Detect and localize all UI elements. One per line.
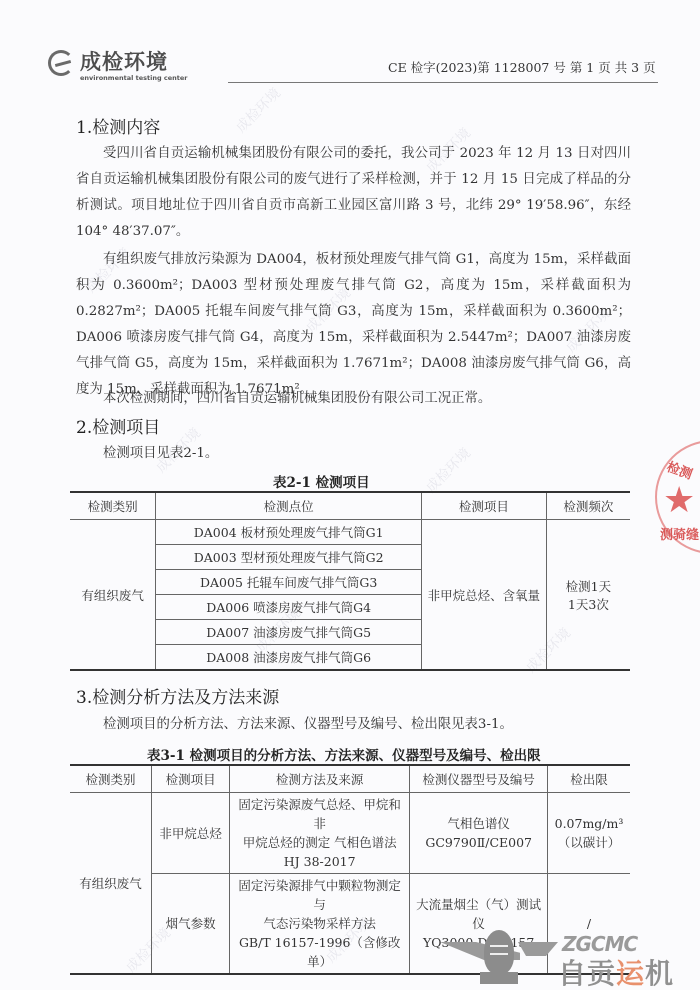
table-cell-method: 固定污染源废气总烃、甲烷和非 甲烷总烃的测定 气相色谱法 HJ 38-2017 — [230, 793, 410, 874]
table-cell-point: DA004 板材预处理废气排气筒G1 — [156, 520, 422, 545]
company-logo: 成检环境 environmental testing center — [48, 46, 188, 86]
watermark: 成检环境 — [231, 83, 285, 137]
paragraph-commission: 受四川省自贡运输机械集团股份有限公司的委托，我公司于 2023 年 12 月 1… — [76, 141, 631, 245]
table-cell-item: 烟气参数 — [152, 874, 230, 975]
table-cell-item: 非甲烷总烃 — [152, 793, 230, 874]
star-icon: ★ — [663, 480, 695, 521]
table-header: 检测点位 — [156, 492, 422, 520]
table-cell-point: DA006 喷漆房废气排气筒G4 — [156, 595, 422, 620]
logo-e-icon — [48, 50, 74, 76]
logo-chinese-name: 成检环境 — [80, 46, 168, 76]
zgcmc-logo: ZGCMC 自贡运机 — [440, 928, 700, 988]
table-cell-category: 有组织废气 — [70, 520, 156, 671]
table-header: 检测类别 — [70, 765, 152, 793]
table-cell-method: 固定污染源排气中颗粒物测定与 气态污染物采样方法 GB/T 16157-1996… — [230, 874, 410, 975]
section-1-sources: 有组织废气排放污染源为 DA004，板材预处理废气排气筒 G1，高度为 15m，… — [76, 247, 631, 403]
table-2-1-caption: 表2-1 检测项目 — [273, 471, 370, 491]
section-2-title: 2.检测项目 — [76, 413, 160, 438]
table-cell-point: DA003 型材预处理废气排气筒G2 — [156, 545, 422, 570]
table-cell-point: DA005 托辊车间废气排气筒G3 — [156, 570, 422, 595]
paragraph-emission-sources: 有组织废气排放污染源为 DA004，板材预处理废气排气筒 G1，高度为 15m，… — [76, 247, 631, 403]
logo-english-name: environmental testing center — [80, 74, 187, 82]
table-cell-items: 非甲烷总烃、含氧量 — [421, 520, 546, 671]
table-header: 检测类别 — [70, 492, 156, 520]
section-3-title: 3.检测分析方法及方法来源 — [76, 683, 279, 708]
paragraph-conditions: 本次检测期间，四川省自贡运输机械集团股份有限公司工况正常。 — [76, 386, 631, 412]
table-cell-instrument: 气相色谱仪 GC9790Ⅱ/CE007 — [410, 793, 548, 874]
table-cell-limit: 0.07mg/m³ （以碳计） — [548, 793, 630, 874]
section-1-body: 受四川省自贡运输机械集团股份有限公司的委托，我公司于 2023 年 12 月 1… — [76, 141, 631, 245]
section-1-title: 1.检测内容 — [76, 113, 160, 138]
table-cell-category: 有组织废气 — [70, 793, 152, 975]
seam-stamp: 检测 ★ 测骑缝 — [655, 440, 700, 560]
table-cell-point: DA008 油漆房废气排气筒G6 — [156, 645, 422, 671]
table-header: 检测方法及来源 — [230, 765, 410, 793]
table-header: 检测项目 — [152, 765, 230, 793]
table-2-1: 检测类别 检测点位 检测项目 检测频次 有组织废气 DA004 板材预处理废气排… — [70, 491, 630, 671]
table-cell-frequency: 检测1天 1天3次 — [546, 520, 630, 671]
section-1-conditions: 本次检测期间，四川省自贡运输机械集团股份有限公司工况正常。 — [76, 386, 631, 412]
logo-robot-icon — [484, 930, 514, 974]
section-2-intro: 检测项目见表2-1。 — [76, 441, 631, 467]
table-header: 检测项目 — [421, 492, 546, 520]
table-header: 检出限 — [548, 765, 630, 793]
table-row: 有组织废气 非甲烷总烃 固定污染源废气总烃、甲烷和非 甲烷总烃的测定 气相色谱法… — [70, 793, 630, 874]
section-3-intro: 检测项目的分析方法、方法来源、仪器型号及编号、检出限见表3-1。 — [76, 712, 631, 738]
table-cell-point: DA007 油漆房废气排气筒G5 — [156, 620, 422, 645]
header-divider — [228, 82, 658, 83]
report-number: CE 检字(2023)第 1128007 号 第 1 页 共 3 页 — [388, 58, 656, 76]
table-3-1-caption: 表3-1 检测项目的分析方法、方法来源、仪器型号及编号、检出限 — [147, 744, 541, 764]
logo-chinese: 自贡运机 — [558, 952, 674, 990]
table-header: 检测频次 — [546, 492, 630, 520]
table-header: 检测仪器型号及编号 — [410, 765, 548, 793]
report-page: 成检环境 成检环境 成检环境 成检环境 成检环境 成检环境 成检环境 成检环境 … — [0, 0, 700, 990]
